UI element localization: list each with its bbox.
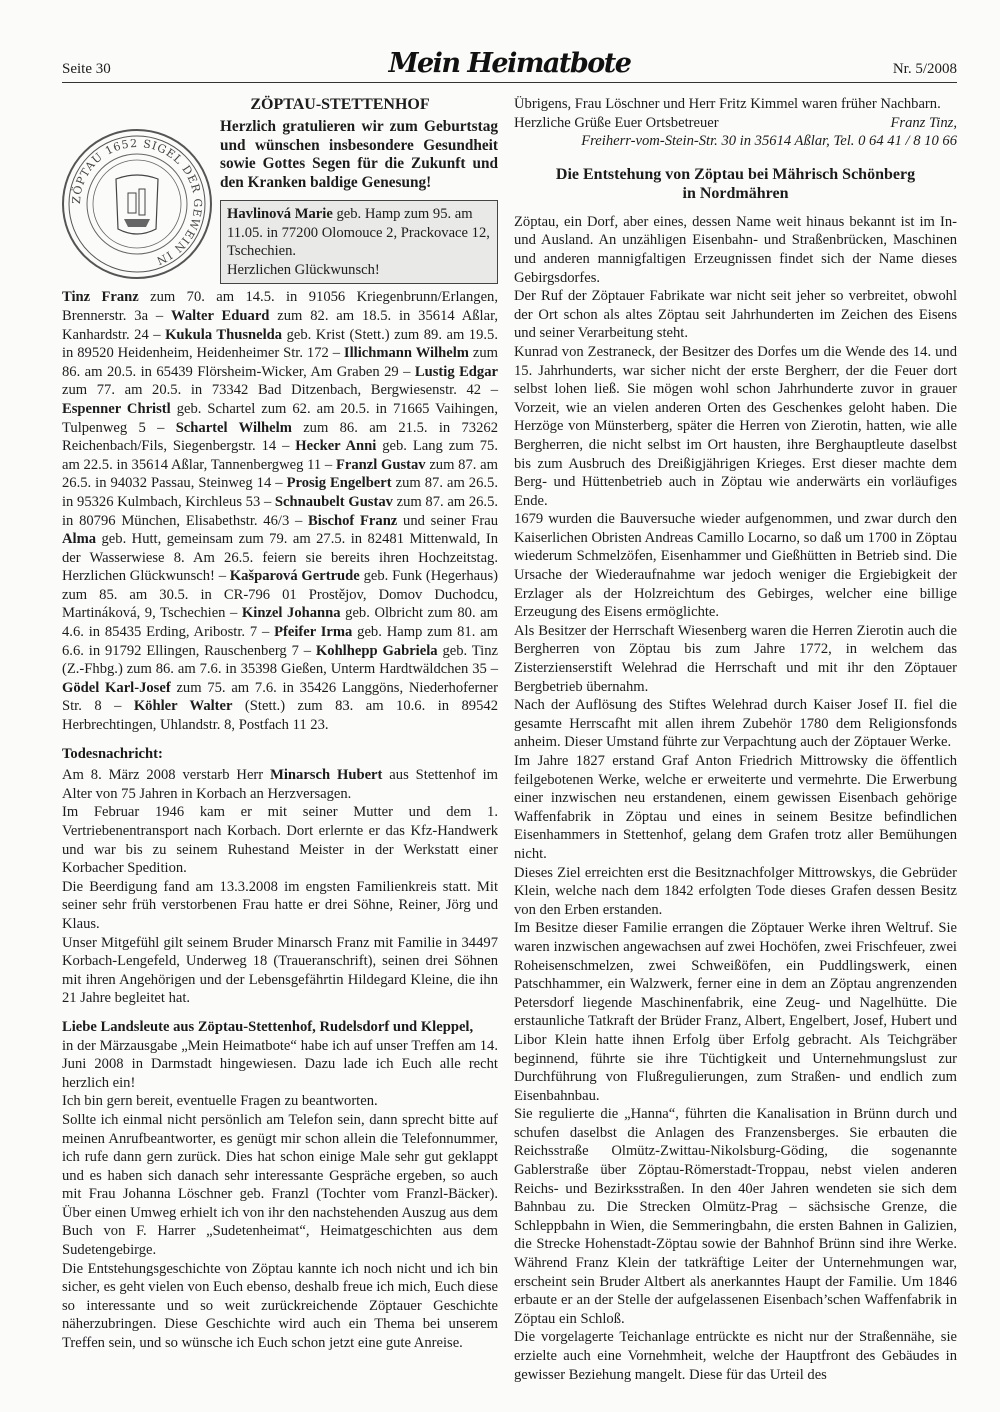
intro-text: Herzlich gratulieren wir zum Geburtstag … bbox=[220, 114, 498, 284]
left-column: ZÖPTAU-STETTENHOF ZÖPTAU 1652 SIGEL DER … bbox=[62, 95, 498, 1353]
letter-end: Übrigens, Frau Löschner und Herr Fritz K… bbox=[514, 95, 957, 114]
masthead-logo: Mein Heimatbote bbox=[389, 48, 631, 79]
article-paragraph: Die vorgelagerte Teichanlage entrückte e… bbox=[514, 1328, 957, 1384]
birthday-details: und seiner Frau bbox=[397, 513, 498, 529]
birthday-name: Bischof Franz bbox=[308, 513, 397, 529]
letter-paragraph: Die Entstehungsgeschichte von Zöptau kan… bbox=[62, 1260, 498, 1353]
highlight-name: Havlinová Marie bbox=[227, 206, 333, 222]
article-paragraph: 1679 wurden die Bauversuche wieder aufge… bbox=[514, 510, 957, 622]
article-title-line: Die Entstehung von Zöptau bei Mährisch S… bbox=[514, 165, 957, 184]
birthday-name: Kohlhepp Gabriela bbox=[316, 643, 438, 659]
article-paragraph: Im Besitze dieser Familie errangen die Z… bbox=[514, 919, 957, 1105]
birthday-name: Kinzel Johanna bbox=[242, 605, 341, 621]
birthday-name: Illichmann Wilhelm bbox=[344, 345, 469, 361]
right-column: Übrigens, Frau Löschner und Herr Fritz K… bbox=[514, 95, 957, 1384]
obituary-heading: Todesnachricht: bbox=[62, 745, 498, 764]
intro-block: ZÖPTAU 1652 SIGEL DER GEWEIN IN Herzlich… bbox=[62, 114, 498, 284]
page-number: Seite 30 bbox=[62, 61, 111, 78]
article-title: Die Entstehung von Zöptau bei Mährisch S… bbox=[514, 165, 957, 203]
birthday-name: Lustig Edgar bbox=[415, 364, 498, 380]
article-paragraph: Im Jahre 1827 erstand Graf Anton Friedri… bbox=[514, 752, 957, 864]
birthday-name: Alma bbox=[62, 531, 96, 547]
birthday-name: Espenner Christl bbox=[62, 401, 171, 417]
highlight-closing: Herzlichen Glückwunsch! bbox=[227, 262, 380, 278]
birthday-name: Pfeifer Irma bbox=[274, 624, 352, 640]
article-paragraph: Der Ruf der Zöptauer Fabrikate war nicht… bbox=[514, 287, 957, 343]
signature-row: Herzliche Grüße Euer Ortsbetreuer Franz … bbox=[514, 114, 957, 133]
page-header: Seite 30 Mein Heimatbote Nr. 5/2008 bbox=[62, 30, 957, 83]
deceased-name: Minarsch Hubert bbox=[270, 767, 382, 783]
highlight-box: Havlinová Marie geb. Hamp zum 95. am 11.… bbox=[220, 200, 498, 284]
birthday-name: Prosig Engelbert bbox=[287, 475, 392, 491]
letter-paragraph: in der Märzausgabe „Mein Heimatbote“ hab… bbox=[62, 1037, 498, 1093]
birthday-list: Tinz Franz zum 70. am 14.5. in 91056 Kri… bbox=[62, 288, 498, 734]
birthday-name: Franzl Gustav bbox=[336, 457, 426, 473]
article-paragraph: Sie regulierte die „Hanna“, führten die … bbox=[514, 1105, 957, 1328]
birthday-name: Tinz Franz bbox=[62, 289, 139, 305]
article-paragraph: Zöptau, ein Dorf, aber eines, dessen Nam… bbox=[514, 213, 957, 287]
closing-greeting: Herzliche Grüße Euer Ortsbetreuer bbox=[514, 114, 719, 133]
issue-number: Nr. 5/2008 bbox=[893, 61, 957, 78]
letter-paragraph: Ich bin gern bereit, eventuelle Fragen z… bbox=[62, 1092, 498, 1111]
town-seal-icon: ZÖPTAU 1652 SIGEL DER GEWEIN IN bbox=[62, 129, 212, 279]
obituary-text: Am 8. März 2008 verstarb Herr bbox=[62, 767, 270, 783]
letter-heading: Liebe Landsleute aus Zöptau-Stettenhof, … bbox=[62, 1018, 498, 1037]
article-paragraph: Kunrad von Zestraneck, der Besitzer des … bbox=[514, 343, 957, 510]
article-paragraph: Dieses Ziel erreichten erst die Besitzna… bbox=[514, 864, 957, 920]
letter-paragraph: Sollte ich einmal nicht persönlich am Te… bbox=[62, 1111, 498, 1260]
birthday-name: Gödel Karl-Josef bbox=[62, 680, 171, 696]
obituary-paragraph: Die Beerdigung fand am 13.3.2008 im engs… bbox=[62, 878, 498, 934]
birthday-greeting: Herzlich gratulieren wir zum Geburtstag … bbox=[220, 118, 498, 192]
article-paragraph: Nach der Auflösung des Stiftes Welehrad … bbox=[514, 696, 957, 752]
signature-name: Franz Tinz, bbox=[890, 114, 957, 133]
obituary-paragraph: Unser Mitgefühl gilt seinem Bruder Minar… bbox=[62, 934, 498, 1008]
article-title-line: in Nordmähren bbox=[514, 184, 957, 203]
birthday-name: Schnaubelt Gustav bbox=[275, 494, 393, 510]
birthday-name: Kukula Thusnelda bbox=[165, 327, 282, 343]
section-title: ZÖPTAU-STETTENHOF bbox=[182, 95, 498, 114]
birthday-name: Walter Eduard bbox=[171, 308, 269, 324]
obituary-intro: Am 8. März 2008 verstarb Herr Minarsch H… bbox=[62, 766, 498, 803]
birthday-name: Schartel Wilhelm bbox=[176, 420, 292, 436]
signature-address: Freiherr-vom-Stein-Str. 30 in 35614 Aßla… bbox=[514, 132, 957, 151]
birthday-name: Hecker Anni bbox=[295, 438, 376, 454]
birthday-name: Köhler Walter bbox=[134, 698, 233, 714]
article-paragraph: Als Besitzer der Herrschaft Wiesenberg w… bbox=[514, 622, 957, 696]
obituary-paragraph: Im Februar 1946 kam er mit seiner Mutter… bbox=[62, 803, 498, 877]
birthday-details: zum 77. am 20.5. in 73342 Bad Ditzenbach… bbox=[62, 382, 498, 398]
birthday-name: Kašparová Gertrude bbox=[230, 568, 360, 584]
